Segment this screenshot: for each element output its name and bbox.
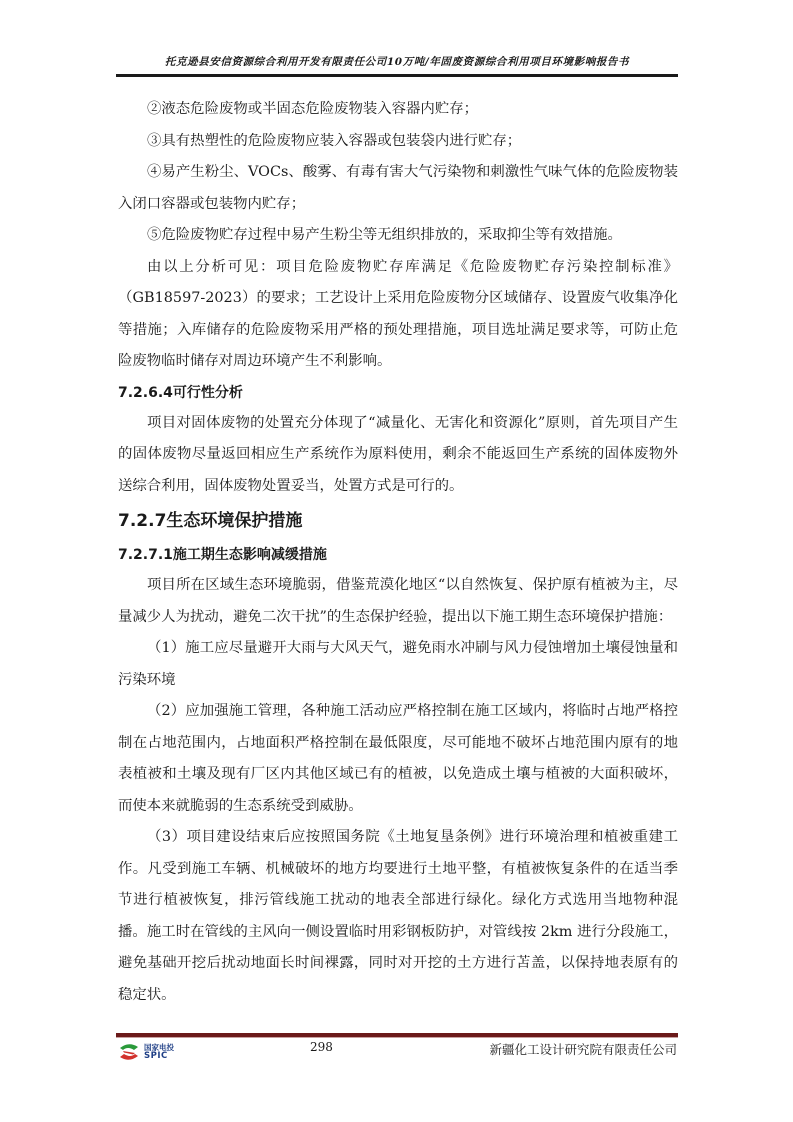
footer-company: 新疆化工设计研究院有限责任公司	[489, 1040, 677, 1058]
section-heading-7264: 7.2.6.4可行性分析	[118, 378, 678, 408]
paragraph: ⑤危险废物贮存过程中易产生粉尘等无组织排放的，采取抑尘等有效措施。	[118, 220, 678, 252]
logo-en-text: SPIC	[144, 1052, 174, 1061]
paragraph: 项目所在区域生态环境脆弱，借鉴荒漠化地区“以自然恢复、保护原有植被为主，尽量减少…	[118, 570, 678, 633]
page-number: 298	[310, 1040, 333, 1054]
running-header-title: 托克逊县安信资源综合利用开发有限责任公司10万吨/年固废资源综合利用项目环境影响…	[116, 54, 678, 69]
spic-logo: 国家电投 SPIC	[118, 1042, 174, 1062]
spic-logo-icon	[118, 1042, 140, 1062]
section-heading-727: 7.2.7生态环境保护措施	[118, 502, 678, 540]
paragraph: ④易产生粉尘、VOCs、酸雾、有毒有害大气污染物和刺激性气味气体的危险废物装入闭…	[118, 157, 678, 220]
paragraph: （3）项目建设结束后应按照国务院《土地复垦条例》进行环境治理和植被重建工作。凡受…	[118, 822, 678, 1011]
page-body: ②液态危险废物或半固态危险废物装入容器内贮存； ③具有热塑性的危险废物应装入容器…	[118, 94, 678, 1011]
paragraph: 由以上分析可见：项目危险废物贮存库满足《危险废物贮存污染控制标准》（GB1859…	[118, 252, 678, 378]
header-rule	[116, 74, 678, 77]
footer-rule	[116, 1033, 678, 1038]
section-heading-7271: 7.2.7.1施工期生态影响减缓措施	[118, 540, 678, 570]
paragraph: 项目对固体废物的处置充分体现了“减量化、无害化和资源化”原则，首先项目产生的固体…	[118, 408, 678, 503]
paragraph: （2）应加强施工管理，各种施工活动应严格控制在施工区域内，将临时占地严格控制在占…	[118, 696, 678, 822]
paragraph: ②液态危险废物或半固态危险废物装入容器内贮存；	[118, 94, 678, 126]
paragraph: （1）施工应尽量避开大雨与大风天气，避免雨水冲刷与风力侵蚀增加土壤侵蚀量和污染环…	[118, 633, 678, 696]
paragraph: ③具有热塑性的危险废物应装入容器或包装袋内进行贮存；	[118, 126, 678, 158]
